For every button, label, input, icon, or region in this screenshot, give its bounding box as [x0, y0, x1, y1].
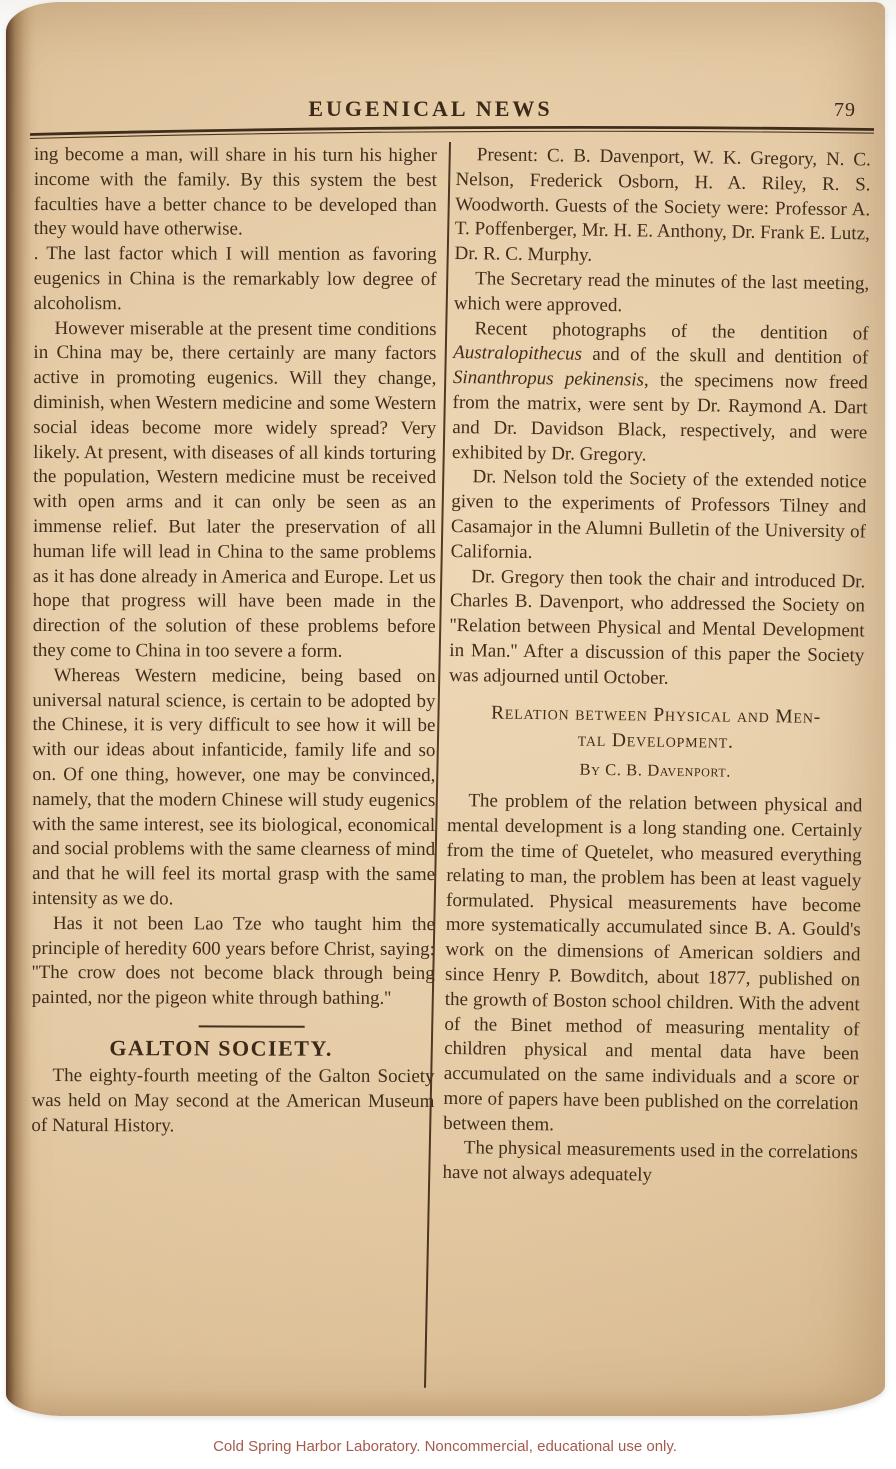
paragraph: The eighty-fourth meeting of the Galton … [31, 1064, 434, 1139]
journal-masthead: EUGENICAL NEWS [6, 96, 885, 122]
paragraph-text: and of the skull and dentition of [582, 344, 868, 369]
species-name: Sinanthropus pekinensis [453, 367, 644, 390]
paragraph: Dr. Gregory then took the chair and intr… [449, 565, 866, 694]
right-column: Present: C. B. Davenport, W. K. Gregory,… [442, 143, 871, 1191]
section-divider-rule [199, 1025, 305, 1028]
scanned-page: EUGENICAL NEWS 79 ing become a man, will… [6, 2, 885, 1416]
paragraph: Present: C. B. Davenport, W. K. Gregory,… [454, 143, 871, 272]
paragraph-text: Recent photographs of the dentition of [474, 318, 868, 344]
paragraph: Whereas Western medicine, being based on… [32, 664, 436, 913]
article-byline: By C. B. Davenport. [448, 755, 863, 785]
article-title-line1: Relation between Physical and Men- [491, 702, 821, 727]
left-column: ing become a man, will share in his turn… [31, 143, 437, 1140]
paragraph: Recent photographs of the dentition of A… [452, 317, 869, 471]
paragraph: The problem of the relation between phys… [443, 789, 863, 1142]
paragraph: . The last factor which I will mention a… [34, 242, 437, 317]
archive-credit-line: Cold Spring Harbor Laboratory. Noncommer… [0, 1438, 890, 1455]
header-rule [28, 120, 876, 140]
paragraph: ing become a man, will share in his turn… [34, 143, 437, 243]
species-name: Australopithecus [453, 342, 582, 365]
paragraph: Has it not been Lao Tze who taught him t… [32, 912, 435, 1012]
article-title-line2: tal Development. [578, 729, 734, 752]
paragraph: The Secretary read the minutes of the la… [454, 267, 870, 322]
page-number: 79 [834, 99, 856, 122]
paragraph: Dr. Nelson told the Society of the exten… [450, 465, 866, 570]
paragraph: The physical measurements used in the co… [442, 1136, 858, 1191]
paragraph: However miserable at the present time co… [33, 317, 437, 665]
galton-society-heading: GALTON SOCIETY. [32, 1036, 411, 1062]
article-title: Relation between Physical and Men- tal D… [448, 699, 864, 756]
